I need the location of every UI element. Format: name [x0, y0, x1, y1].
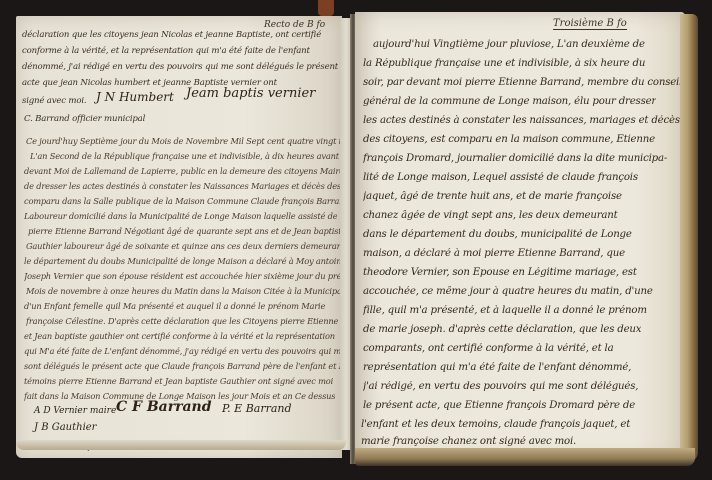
right-line-21: l'enfant et les deux temoins, claude fra…	[361, 419, 630, 430]
right-line-22: marie françoise chanez ont signé avec mo…	[361, 436, 576, 447]
right-line-5: les actes destinés à constater les naiss…	[363, 115, 680, 126]
right-line-17: comparants, ont certifié conforme à la v…	[363, 343, 613, 354]
left-main-line-5: comparu dans la Salle publique de la Mai…	[24, 196, 349, 206]
right-line-14: accouchée, ce même jour à quatre heures …	[363, 286, 653, 297]
bookmark-ribbon	[318, 0, 334, 16]
right-folio-note: Troisième B fo	[553, 18, 627, 30]
left-main-line-3: devant Moi de Lallemand de Lapierre, pub…	[24, 166, 388, 176]
left-top-line-1: déclaration que les citoyens jean Nicola…	[22, 30, 321, 40]
left-main-line-17: témoins pierre Etienne Barrand et Jean b…	[24, 376, 333, 386]
right-page: Troisième B fo aujourd'hui Vingtième jou…	[355, 12, 685, 460]
signature-pe-barrand: P. E Barrand	[222, 402, 292, 415]
right-line-19: j'ai rédigé, en vertu des pouvoirs qui m…	[363, 381, 638, 392]
left-main-line-8: Gauthier laboureur âgé de soixante et qu…	[26, 241, 366, 251]
left-main-line-10: Joseph Vernier que son épouse résident e…	[24, 271, 358, 281]
left-main-line-16: sont délégués le présent acte que Claude…	[24, 361, 375, 371]
signature-humbert: J N Humbert	[96, 90, 174, 104]
signature-vernier-maire: A D Vernier maire	[34, 406, 116, 416]
right-line-12: maison, a déclaré à moi pierre Etienne B…	[363, 248, 625, 259]
right-line-10: chanez âgée de vingt sept ans, les deux …	[363, 210, 618, 221]
right-line-18: représentation qui m'a été faite de l'en…	[363, 362, 631, 373]
right-line-9: jaquet, âgé de trente huit ans, et de ma…	[363, 191, 622, 202]
left-top-line-3: dénommé, j'ai rédigé en vertu des pouvoi…	[22, 62, 338, 72]
right-page-edge	[680, 14, 698, 462]
left-main-line-12: d'un Enfant femelle quil Ma présenté et …	[24, 301, 325, 311]
signature-gauthier: J B Gauthier	[34, 422, 96, 433]
right-page-bottom-edge	[355, 448, 695, 466]
right-line-8: lité de Longe maison, Lequel assisté de …	[363, 172, 638, 183]
right-line-6: des citoyens, est comparu en la maison c…	[363, 134, 655, 145]
left-main-line-4: de dresser les actes destinés à constate…	[24, 181, 391, 191]
left-main-line-9: le département du doubs Municipalité de …	[24, 256, 346, 266]
left-main-line-15: qui M'a été faite de L'enfant dénommé, j…	[24, 346, 350, 356]
signature-vernier: Jeam baptis vernier	[186, 86, 315, 101]
right-line-4: général de la commune de Longe maison, é…	[363, 96, 656, 107]
right-line-20: le présent acte, que Etienne françois Dr…	[363, 400, 635, 411]
right-line-11: dans le département du doubs, municipali…	[363, 229, 632, 240]
left-main-line-2: L'an Second de la République française u…	[30, 151, 378, 161]
right-line-13: theodore Vernier, son Epouse en Légitime…	[363, 267, 637, 278]
left-folio-note: Recto de B fo	[264, 20, 325, 30]
right-line-2: la République française une et indivisib…	[363, 58, 645, 69]
left-page: Recto de B fo déclaration que les citoye…	[16, 16, 342, 458]
left-top-line-2: conforme à la vérité, et la représentati…	[22, 46, 310, 56]
left-main-line-1: Ce jourd'huy Septième jour du Mois de No…	[26, 136, 362, 146]
right-line-15: fille, quil m'a présenté, et à laquelle …	[363, 305, 647, 316]
right-line-16: de marie joseph. d'après cette déclarati…	[363, 324, 641, 335]
open-register-book: Recto de B fo déclaration que les citoye…	[0, 0, 712, 480]
left-main-line-11: Mois de novembre à onze heures du Matin …	[26, 286, 354, 296]
left-top-line-5: signé avec moi.	[22, 96, 86, 106]
right-line-1: aujourd'hui Vingtième jour pluviose, L'a…	[373, 39, 645, 50]
right-line-7: françois Dromard, journalier domicilié d…	[363, 153, 667, 164]
left-officer-line: C. Barrand officier municipal	[24, 114, 145, 124]
right-line-3: soir, par devant moi pierre Etienne Barr…	[363, 77, 682, 88]
signature-cf-barrand: C F Barrand	[116, 399, 212, 415]
left-main-line-7: pierre Etienne Barrand Négotiant âgé de …	[28, 226, 346, 236]
left-main-line-6: Laboureur domicilié dans la Municipalité…	[24, 211, 337, 221]
left-main-line-13: françoise Célestine. D'après cette décla…	[26, 316, 376, 326]
left-main-line-14: et Jean baptiste gauthier ont certifié c…	[24, 331, 335, 341]
left-page-bottom-edge	[16, 440, 346, 450]
